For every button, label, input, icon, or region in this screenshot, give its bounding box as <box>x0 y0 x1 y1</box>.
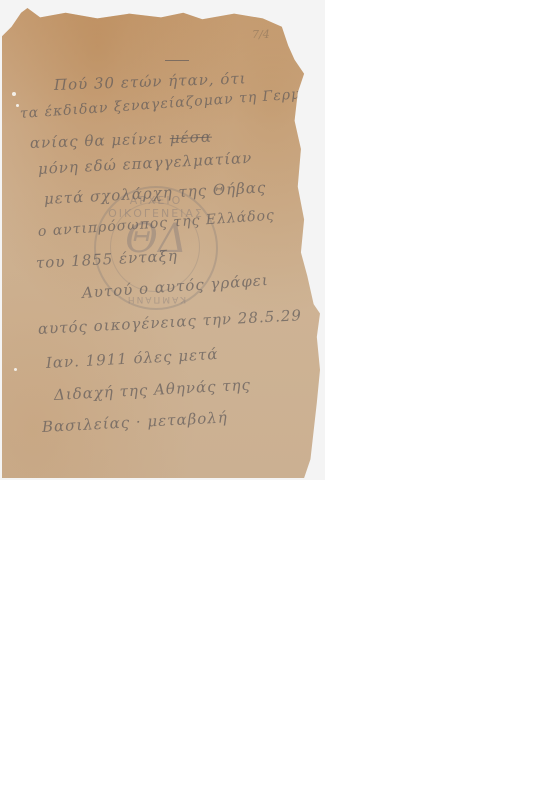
handwritten-line-3: ανίας θα μείνει μέσα <box>30 128 213 152</box>
scan-frame: 7/4 ΑΡΧΕΙΟ ΟΙΚΟΓΕΝΕΙΑΣ ΘΔ ΚΑΜΠΑΝΗ Πού 30… <box>0 0 325 480</box>
paper-damage-speck <box>14 368 17 371</box>
header-dash <box>165 60 189 61</box>
handwritten-line-9: αυτός οικογένειας την 28.5.29 <box>38 306 303 338</box>
corner-annotation: 7/4 <box>252 28 270 41</box>
manuscript-page: 7/4 ΑΡΧΕΙΟ ΟΙΚΟΓΕΝΕΙΑΣ ΘΔ ΚΑΜΠΑΝΗ Πού 30… <box>2 8 320 478</box>
handwritten-line-1: Πού 30 ετών ήταν, ότι <box>54 69 247 94</box>
handwritten-line-11: Διδαχή της Αθηνάς της <box>54 376 252 404</box>
handwritten-line-12: Βασιλείας · μεταβολή <box>42 408 229 436</box>
struck-word: μέσα <box>169 128 212 147</box>
paper-damage-speck <box>12 92 16 96</box>
handwritten-line-10: Ιαν. 1911 όλες μετά <box>46 345 219 372</box>
handwritten-line-4: μόνη εδώ επαγγελματίαν <box>38 149 253 178</box>
handwritten-line-3-text: ανίας θα μείνει μέσα <box>30 128 213 152</box>
paper-damage-speck <box>16 104 19 107</box>
